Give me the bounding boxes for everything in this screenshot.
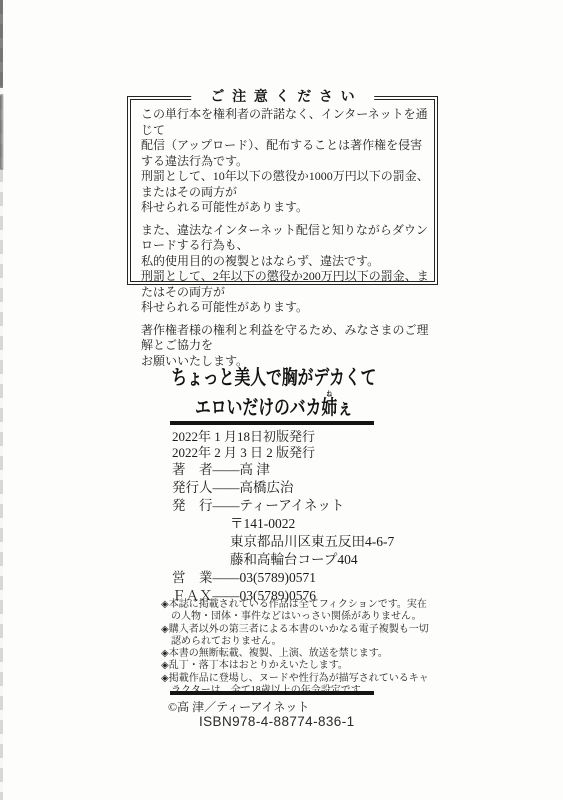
sales-label: 営 業 [172, 570, 213, 585]
note-text: 購入者以外の第三者による本書のいかなる電子複製も一切認められておりません。 [169, 624, 429, 647]
author-row: 著 者——高 津 [172, 461, 394, 479]
diamond-bullet-icon: ◈ [161, 599, 169, 610]
book-title-ruby-base: 姉 [321, 397, 337, 419]
dash: —— [213, 498, 240, 513]
address-line-2: 藤和高輪台コープ404 [230, 551, 394, 569]
publisher-person-name: 高橋広治 [240, 480, 294, 495]
diamond-bullet-icon: ◈ [161, 673, 169, 684]
publisher-person-row: 発行人——高橋広治 [172, 479, 394, 497]
author-name: 高 津 [240, 462, 270, 477]
book-title-line-2-suffix: ぇ [337, 397, 353, 419]
publisher-person-label: 発行人 [172, 480, 213, 495]
sales-phone: 03(5789)0571 [240, 570, 317, 585]
book-title-line-2-prefix: エロいだけのバカ [195, 397, 321, 419]
warning-line: 科せられる可能性があります。 [141, 200, 429, 216]
note-text: 本誌に掲載されている作品は全てフィクションです。実在の人物・団体・事件などはいっ… [169, 599, 427, 622]
book-title-line-1: ちょっと美人で胸がデカくて [171, 366, 376, 391]
note-no-reproduction: ◈本書の無断転載、複製、上演、放送を禁じます。 [161, 648, 433, 660]
book-title-ruby-text: ね [321, 391, 337, 398]
legal-notes: ◈本誌に掲載されている作品は全てフィクションです。実在の人物・団体・事件などはい… [161, 599, 433, 697]
warning-line: 科せられる可能性があります。 [141, 300, 429, 316]
postal-code: 〒141-0022 [230, 515, 394, 533]
scan-artifact-top-left [0, 0, 3, 88]
note-text: 乱丁・落丁本はおとりかえいたします。 [169, 660, 348, 671]
edition-dates: 2022年 1 月18日初版発行 2022年 2 月 3 日 2 版発行 [172, 429, 315, 461]
warning-line: 刑罰として、10年以下の懲役か1000万円以下の罰金、またはその両方が [141, 169, 429, 200]
isbn-number: ISBN978-4-88774-836-1 [199, 714, 355, 729]
dash: —— [213, 462, 240, 477]
book-title: ちょっと美人で胸がデカくて エロいだけのバカ姉ねぇ [131, 366, 417, 421]
address-line-1: 東京都品川区東五反田4-6-7 [230, 533, 394, 551]
diamond-bullet-icon: ◈ [161, 624, 169, 635]
divider-rule-top [170, 421, 374, 425]
publisher-row: 発 行——ティーアイネット [172, 497, 394, 515]
book-title-ruby: 姉ね [321, 397, 337, 419]
warning-line: 刑罰として、2年以下の懲役か200万円以下の罰金、またはその両方が [141, 269, 429, 300]
warning-line: 著作権者様の権利と利益を守るため、みなさまのご理解とご協力を [141, 323, 429, 354]
publication-credits: 著 者——高 津 発行人——高橋広治 発 行——ティーアイネット 〒141-00… [172, 461, 394, 605]
dash: —— [213, 480, 240, 495]
warning-box-body: この単行本を権利者の許諾なく、インターネットを通じて 配信（アップロード）、配布… [141, 107, 429, 369]
publisher-label: 発 行 [172, 498, 213, 513]
publisher-name: ティーアイネット [240, 498, 345, 513]
warning-line: 私的使用目的の複製とはならず、違法です。 [141, 254, 429, 270]
warning-paragraph-1: この単行本を権利者の許諾なく、インターネットを通じて 配信（アップロード）、配布… [141, 107, 429, 216]
warning-line: 配信（アップロード）、配布することは著作権を侵害する違法行為です。 [141, 138, 429, 169]
copyright-warning-box: ご注意ください この単行本を権利者の許諾なく、インターネットを通じて 配信（アッ… [127, 96, 438, 285]
sales-phone-row: 営 業——03(5789)0571 [172, 569, 394, 587]
note-text: 本書の無断転載、複製、上演、放送を禁じます。 [169, 648, 388, 659]
note-fiction-disclaimer: ◈本誌に掲載されている作品は全てフィクションです。実在の人物・団体・事件などはい… [161, 599, 433, 624]
colophon-page: ご注意ください この単行本を権利者の許諾なく、インターネットを通じて 配信（アッ… [0, 0, 563, 800]
diamond-bullet-icon: ◈ [161, 660, 169, 671]
scan-artifact-left-blotch [0, 94, 4, 170]
divider-rule-bottom [170, 691, 374, 695]
dash: —— [213, 570, 240, 585]
author-label: 著 者 [172, 462, 213, 477]
copyright-line: ©高 津／ティーアイネット [168, 698, 309, 715]
second-edition-date: 2022年 2 月 3 日 2 版発行 [172, 445, 315, 461]
book-title-line-2: エロいだけのバカ姉ねぇ [195, 391, 353, 421]
warning-paragraph-2: また、違法なインターネット配信と知りながらダウンロードする行為も、 私的使用目的… [141, 223, 429, 316]
warning-line: また、違法なインターネット配信と知りながらダウンロードする行為も、 [141, 223, 429, 254]
diamond-bullet-icon: ◈ [161, 648, 169, 659]
note-defective-copies: ◈乱丁・落丁本はおとりかえいたします。 [161, 660, 433, 672]
warning-line: この単行本を権利者の許諾なく、インターネットを通じて [141, 107, 429, 138]
note-no-digital-copies: ◈購入者以外の第三者による本書のいかなる電子複製も一切認められておりません。 [161, 624, 433, 649]
warning-box-title: ご注意ください [191, 86, 375, 106]
warning-paragraph-3: 著作権者様の権利と利益を守るため、みなさまのご理解とご協力を お願いいたします。 [141, 323, 429, 370]
first-edition-date: 2022年 1 月18日初版発行 [172, 429, 315, 445]
